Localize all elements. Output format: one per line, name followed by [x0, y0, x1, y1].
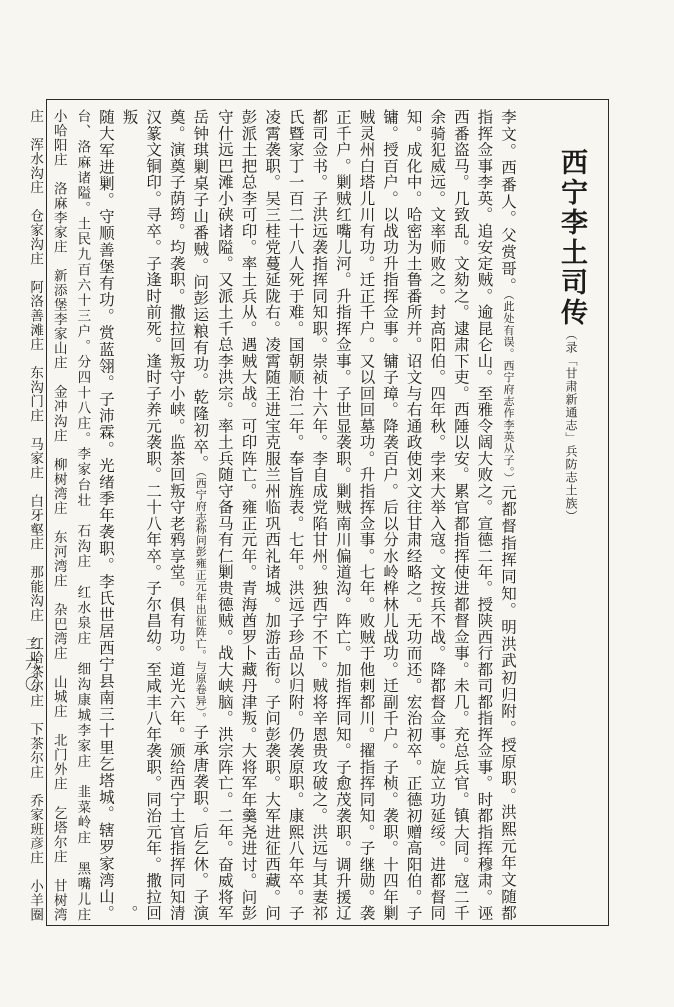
column-text: 镛。授百户。以战功升指挥佥事。镛子璋。降袭百户。后以分水岭桦林儿战功。迁副千户。…: [381, 109, 399, 921]
text-column-9: 都司佥书。子洪远袭指挥同知职。崇祯十六年。李自成党陷甘州。独西宁不下。贼将辛恩贵…: [307, 109, 331, 921]
column-text: 岳钟琪剿桌子山番贼。问彭运粮有功。乾隆初卒。: [191, 109, 209, 471]
text-column-13: 守什远巴滩小硖诸隘。又派土千总李洪宗。率土兵随守备马有仁剿贵德贼。战大峡脑。洪宗…: [212, 109, 236, 921]
text-column-11: 凌霄袭职。吴三桂党蔓延陇右。凌霄随王进宝克服兰州临巩西礼诸城。加游击衔。子问彭袭…: [259, 109, 283, 921]
text-column-10: 氏暨家丁一百二十八人死于难。国朝顺治二年。奉旨旌表。七年。洪远子珍品以归附。仍袭…: [283, 109, 307, 921]
column-text: 彭派土把总李可印。率土兵从。遇贼大战。可印阵亡。雍正元年。青海酋罗卜藏丹津叛。大…: [239, 109, 257, 921]
column-text: 庄 浑水沟庄 仓家沟庄 阿洛善滩庄 东沟门庄 马家庄 白牙壑庄 那能沟庄 红哈茶…: [27, 109, 43, 921]
title-source-note: （录「甘肃新通志」兵防志土族）: [564, 328, 578, 523]
interlinear-note: （西宁府志称问彭雍正元年出征阵亡。与原卷异）。: [194, 471, 207, 724]
book-page: 二六〇 西宁李土司传（录「甘肃新通志」兵防志土族） 李文。西番人。父赏哥。（此处…: [0, 0, 674, 1007]
column-text: 氏暨家丁一百二十八人死于难。国朝顺治二年。奉旨旌表。七年。洪远子珍品以归附。仍袭…: [287, 109, 305, 921]
text-column-15: 奠。演奠子荫筠。均袭职。撒拉回叛守小峡。监茶回叛守老鸦享堂。俱有功。道光六年。颁…: [164, 109, 188, 921]
column-text: 李文。西番人。父赏哥。: [499, 109, 517, 294]
column-text: 奠。演奠子荫筠。均袭职。撒拉回叛守小峡。监茶回叛守老鸦享堂。俱有功。道光六年。颁…: [168, 109, 186, 921]
column-text: 汉篆文铜印。寻卒。子逢时前死。逢时子养元袭职。二十八年卒。子尔昌幼。至咸丰八年袭…: [121, 109, 163, 921]
column-text: 西番盗马。几致乱。文劾之。逮肃下吏。西陲以安。累官都指挥使进都督佥事。未几。充总…: [452, 109, 470, 921]
column-text: 台、洛麻诸隘。土民九百六十三户。分四十八庄。李家台壮 石沟庄 红水泉庄 细沟康城…: [74, 109, 90, 921]
column-text: 元都督指挥同知。明洪武初归附。授原职。洪熙元年文随都: [499, 484, 517, 921]
column-text: 正千户。剿贼红嘴儿河。升指挥佥事。子世显袭职。剿贼南川偏道沟。阵亡。加指挥同知。…: [334, 109, 352, 921]
column-text: 都司佥书。子洪远袭指挥同知职。崇祯十六年。李自成党陷甘州。独西宁不下。贼将辛恩贵…: [310, 109, 328, 921]
text-column-6: 镛。授百户。以战功升指挥佥事。镛子璋。降袭百户。后以分水岭桦林儿战功。迁副千户。…: [377, 109, 401, 921]
text-column-4: 余骑犯威远。文率师败之。封高阳伯。四年秋。孛来大举入寇。文按兵不战。降都督佥事。…: [425, 109, 449, 921]
column-text: 贼灵州白塔儿川有功。迁正千户。又以回回墓功。升指挥佥事。七年。败贼于他剌都川。擢…: [357, 109, 375, 921]
text-frame: 西宁李土司传（录「甘肃新通志」兵防志土族） 李文。西番人。父赏哥。（此处有误。西…: [46, 99, 609, 926]
biography-text-block: 李文。西番人。父赏哥。（此处有误。西宁府志作李英从子。）元都督指挥同知。明洪武初…: [48, 109, 520, 921]
title-column: 西宁李土司传（录「甘肃新通志」兵防志土族）: [550, 148, 592, 918]
column-text: 随大军进剿。守顺善堡有功。赏蓝翎。子沛霖。光绪季年袭职。李氏世居西宁县南三十里乞…: [97, 109, 115, 921]
text-column-16: 汉篆文铜印。寻卒。子逢时前死。逢时子养元袭职。二十八年卒。子尔昌幼。至咸丰八年袭…: [117, 109, 164, 921]
column-text: 知。成化中。哈密为土鲁番所并。诏文与右通政使刘文往甘肃经略之。无功而还。宏治初卒…: [405, 109, 423, 921]
text-column-14: 岳钟琪剿桌子山番贼。问彭运粮有功。乾隆初卒。（西宁府志称问彭雍正元年出征阵亡。与…: [188, 109, 213, 921]
page-title: 西宁李土司传: [556, 148, 587, 328]
column-text: 指挥佥事李英。追安定贼。逾昆仑山。至雅令阔大败之。宣德二年。授陕西行都司都指挥佥…: [475, 109, 493, 921]
text-column-3: 西番盗马。几致乱。文劾之。逮肃下吏。西陲以安。累官都指挥使进都督佥事。未几。充总…: [448, 109, 472, 921]
text-column-18: 台、洛麻诸隘。土民九百六十三户。分四十八庄。李家台壮 石沟庄 红水泉庄 细沟康城…: [70, 109, 94, 921]
text-column-12: 彭派土把总李可印。率土兵从。遇贼大战。可印阵亡。雍正元年。青海酋罗卜藏丹津叛。大…: [236, 109, 260, 921]
text-column-20: 庄 浑水沟庄 仓家沟庄 阿洛善滩庄 东沟门庄 马家庄 白牙壑庄 那能沟庄 红哈茶…: [23, 109, 47, 921]
text-column-17: 随大军进剿。守顺善堡有功。赏蓝翎。子沛霖。光绪季年袭职。李氏世居西宁县南三十里乞…: [93, 109, 117, 921]
column-text: 小哈阳庄 洛麻李家庄 新添堡李家山庄 金冲沟庄 柳树湾庄 东河湾庄 杂巴湾庄 山…: [51, 109, 67, 921]
text-column-1: 李文。西番人。父赏哥。（此处有误。西宁府志作李英从子。）元都督指挥同知。明洪武初…: [495, 109, 520, 921]
text-column-5: 知。成化中。哈密为土鲁番所并。诏文与右通政使刘文往甘肃经略之。无功而还。宏治初卒…: [401, 109, 425, 921]
column-text: 子承唐袭职。后乞休。子演: [191, 724, 209, 921]
column-text: 凌霄袭职。吴三桂党蔓延陇右。凌霄随王进宝克服兰州临巩西礼诸城。加游击衔。子问彭袭…: [263, 109, 281, 921]
text-column-2: 指挥佥事李英。追安定贼。逾昆仑山。至雅令阔大败之。宣德二年。授陕西行都司都指挥佥…: [472, 109, 496, 921]
column-text: 余骑犯威远。文率师败之。封高阳伯。四年秋。孛来大举入寇。文按兵不战。降都督佥事。…: [428, 109, 446, 921]
text-column-19: 小哈阳庄 洛麻李家庄 新添堡李家山庄 金冲沟庄 柳树湾庄 东河湾庄 杂巴湾庄 山…: [46, 109, 70, 921]
text-column-8: 正千户。剿贼红嘴儿河。升指挥佥事。子世显袭职。剿贼南川偏道沟。阵亡。加指挥同知。…: [330, 109, 354, 921]
text-column-7: 贼灵州白塔儿川有功。迁正千户。又以回回墓功。升指挥佥事。七年。败贼于他剌都川。擢…: [354, 109, 378, 921]
column-text: 守什远巴滩小硖诸隘。又派土千总李洪宗。率土兵随守备马有仁剿贵德贼。战大峡脑。洪宗…: [216, 109, 234, 921]
interlinear-note: （此处有误。西宁府志作李英从子。）: [502, 294, 515, 484]
